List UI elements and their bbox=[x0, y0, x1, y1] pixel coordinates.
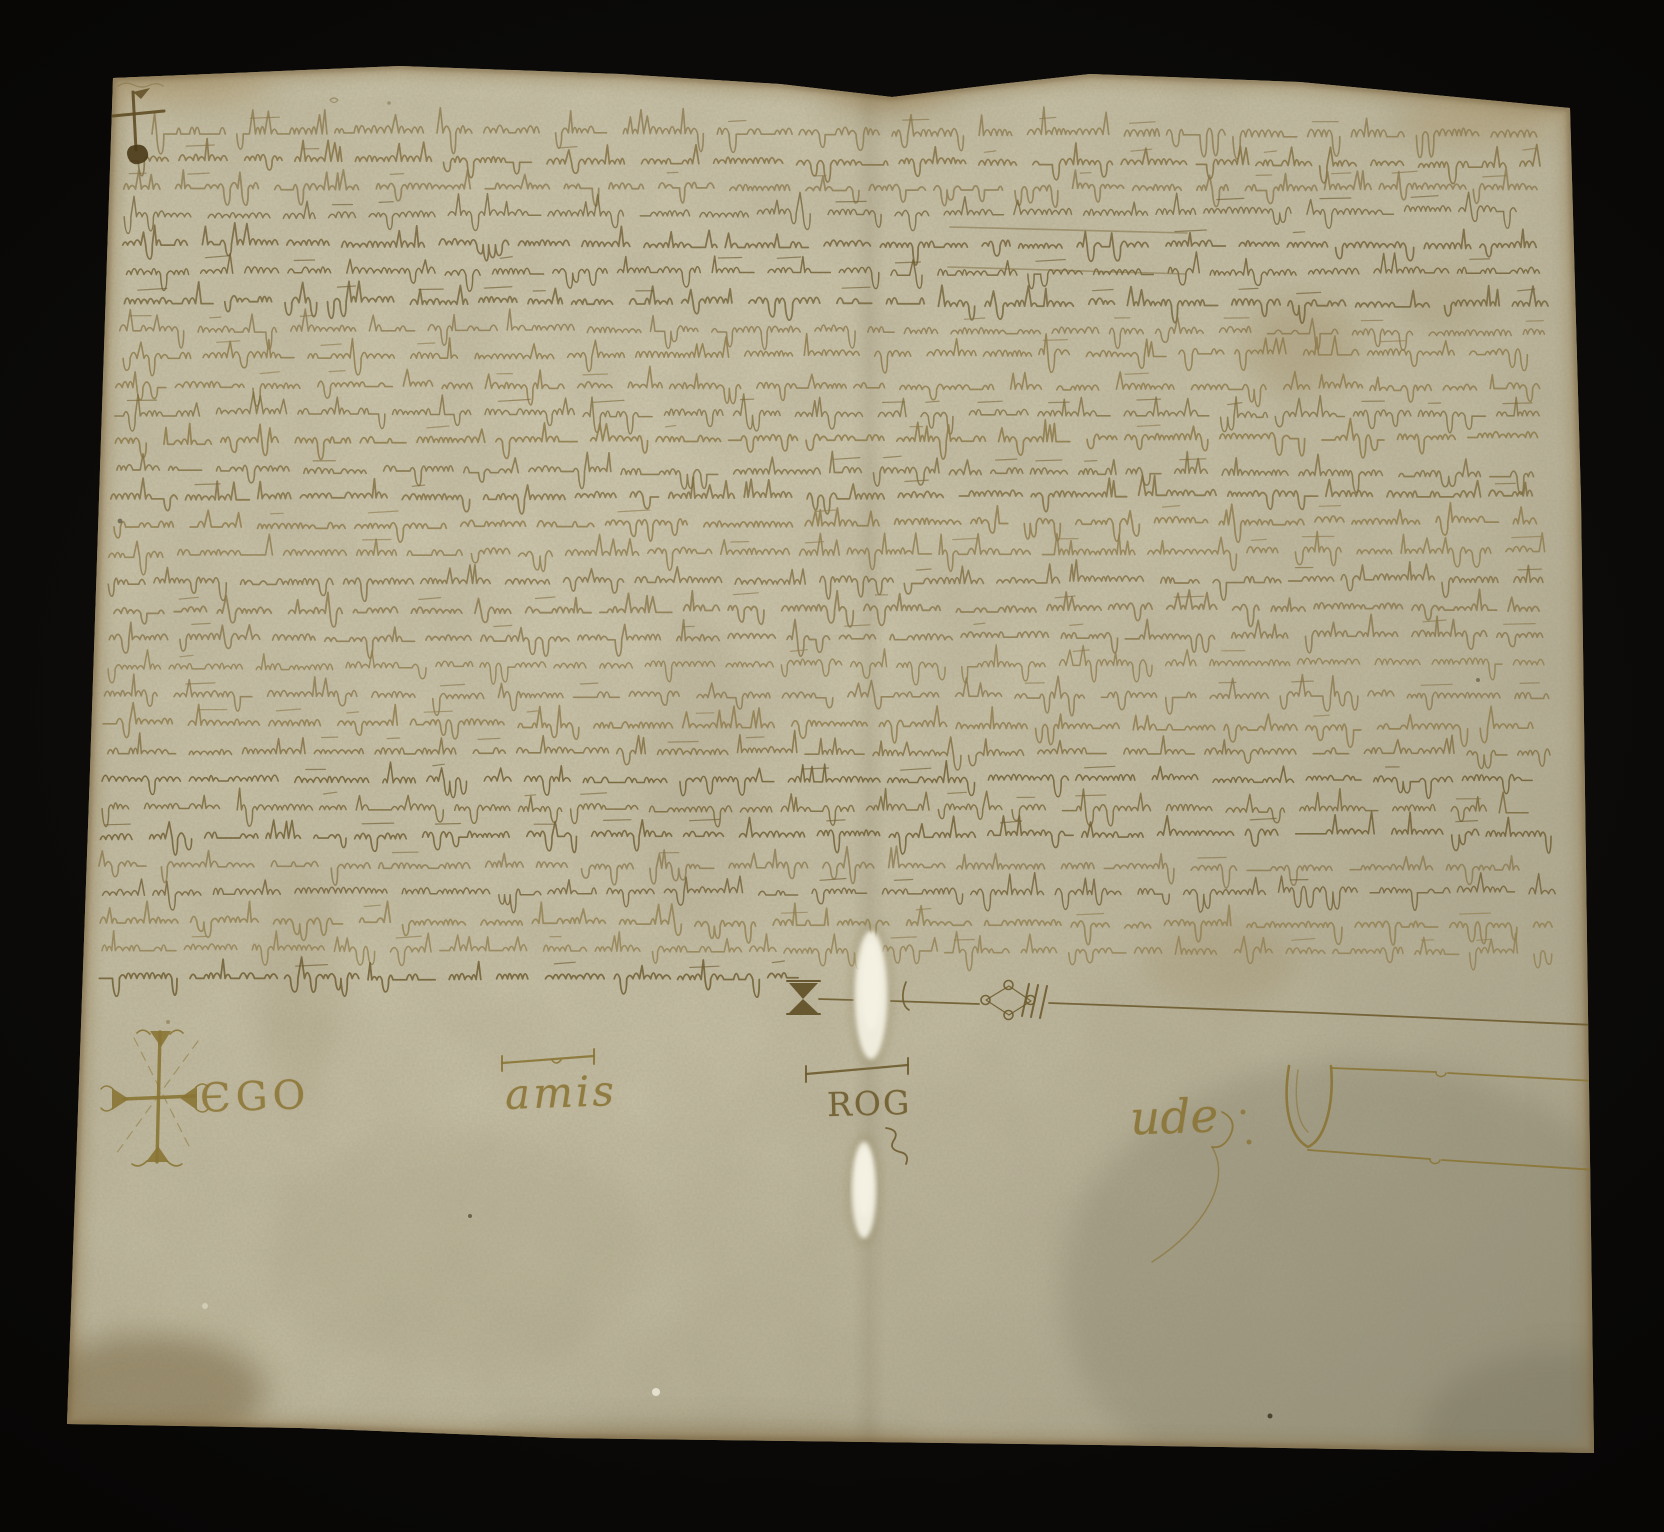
signature-iudex: ude bbox=[1129, 1088, 1219, 1146]
manuscript-photo: ЄGO amis ROG ude bbox=[0, 0, 1664, 1532]
signature-rog-monogram: ROG bbox=[827, 1083, 912, 1124]
parchment-sheet bbox=[0, 0, 1664, 1532]
ink-speck bbox=[1268, 1414, 1273, 1419]
ink-speck bbox=[387, 101, 391, 105]
ink-speck bbox=[1247, 1140, 1252, 1145]
signature-amis: amis bbox=[504, 1066, 618, 1119]
ink-speck bbox=[166, 1020, 170, 1024]
ink-speck bbox=[1241, 1110, 1246, 1115]
pen-flourish bbox=[819, 999, 853, 1000]
ink-speck bbox=[1476, 678, 1480, 682]
ink-speck bbox=[468, 1214, 472, 1218]
stain bbox=[1145, 920, 1295, 1004]
parchment-hole-highlight bbox=[861, 941, 880, 1031]
stain bbox=[1403, 264, 1487, 336]
ink-speck bbox=[202, 1303, 208, 1309]
signature-ego: ЄGO bbox=[199, 1072, 311, 1122]
parchment-hole-highlight bbox=[857, 1149, 871, 1216]
ink-speck bbox=[652, 1388, 660, 1396]
stain bbox=[270, 1130, 650, 1370]
ink-speck bbox=[118, 519, 123, 524]
stain bbox=[260, 860, 340, 1100]
